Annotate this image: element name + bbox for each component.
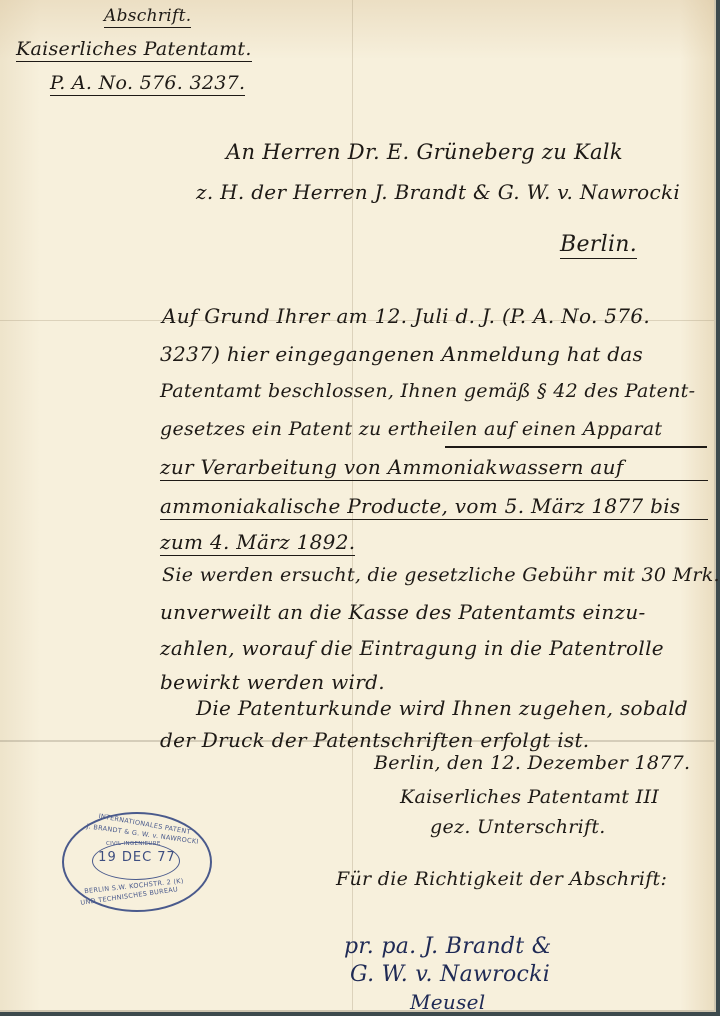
body-line: der Druck der Patentschriften erfolgt is…: [160, 728, 589, 752]
body-line: bewirkt werden wird.: [160, 670, 385, 694]
body-line: Sie werden ersucht, die gesetzliche Gebü…: [162, 564, 720, 586]
stamp-date: 19 DEC 77: [92, 850, 182, 865]
body-line: zum 4. März 1892.: [160, 530, 355, 556]
certification-line: Für die Richtigkeit der Abschrift:: [336, 868, 667, 890]
body-line: gesetzes ein Patent zu ertheilen auf ein…: [160, 418, 662, 440]
closing-office: Kaiserliches Patentamt III: [400, 786, 659, 808]
body-line: zur Verarbeitung von Ammoniakwassern auf: [160, 455, 708, 481]
addressee-line-2: z. H. der Herren J. Brandt & G. W. v. Na…: [196, 180, 680, 204]
body-line: zahlen, worauf die Eintragung in die Pat…: [160, 636, 664, 660]
addressee-line-1: An Herren Dr. E. Grüneberg zu Kalk: [226, 140, 623, 164]
office-heading: Kaiserliches Patentamt.: [16, 38, 252, 62]
reference-number: P. A. No. 576. 3237.: [50, 72, 245, 96]
addressee-city: Berlin.: [560, 232, 637, 259]
body-line: Patentamt beschlossen, Ihnen gemäß § 42 …: [160, 380, 695, 402]
body-line: unverweilt an die Kasse des Patentamts e…: [160, 600, 646, 624]
underline: [445, 446, 707, 448]
signature-note: gez. Unterschrift.: [430, 816, 606, 838]
body-line: 3237) hier eingegangenen Anmeldung hat d…: [160, 342, 643, 366]
copy-label: Abschrift.: [104, 6, 191, 28]
office-stamp: INTERNATIONALES PATENT J. BRANDT & G. W.…: [62, 812, 212, 912]
signature-scrawl: Meusel: [410, 990, 486, 1014]
body-line: Auf Grund Ihrer am 12. Juli d. J. (P. A.…: [162, 304, 650, 328]
signature-line-1: pr. pa. J. Brandt &: [344, 934, 552, 959]
body-line: ammoniakalische Producte, vom 5. März 18…: [160, 494, 708, 520]
body-line: Die Patenturkunde wird Ihnen zugehen, so…: [196, 696, 688, 720]
document-page: Abschrift. Kaiserliches Patentamt. P. A.…: [0, 0, 716, 1012]
stamp-text: CIVIL-INGENIEURE: [106, 841, 161, 847]
place-date: Berlin, den 12. Dezember 1877.: [374, 752, 690, 774]
signature-line-2: G. W. v. Nawrocki: [350, 962, 550, 987]
